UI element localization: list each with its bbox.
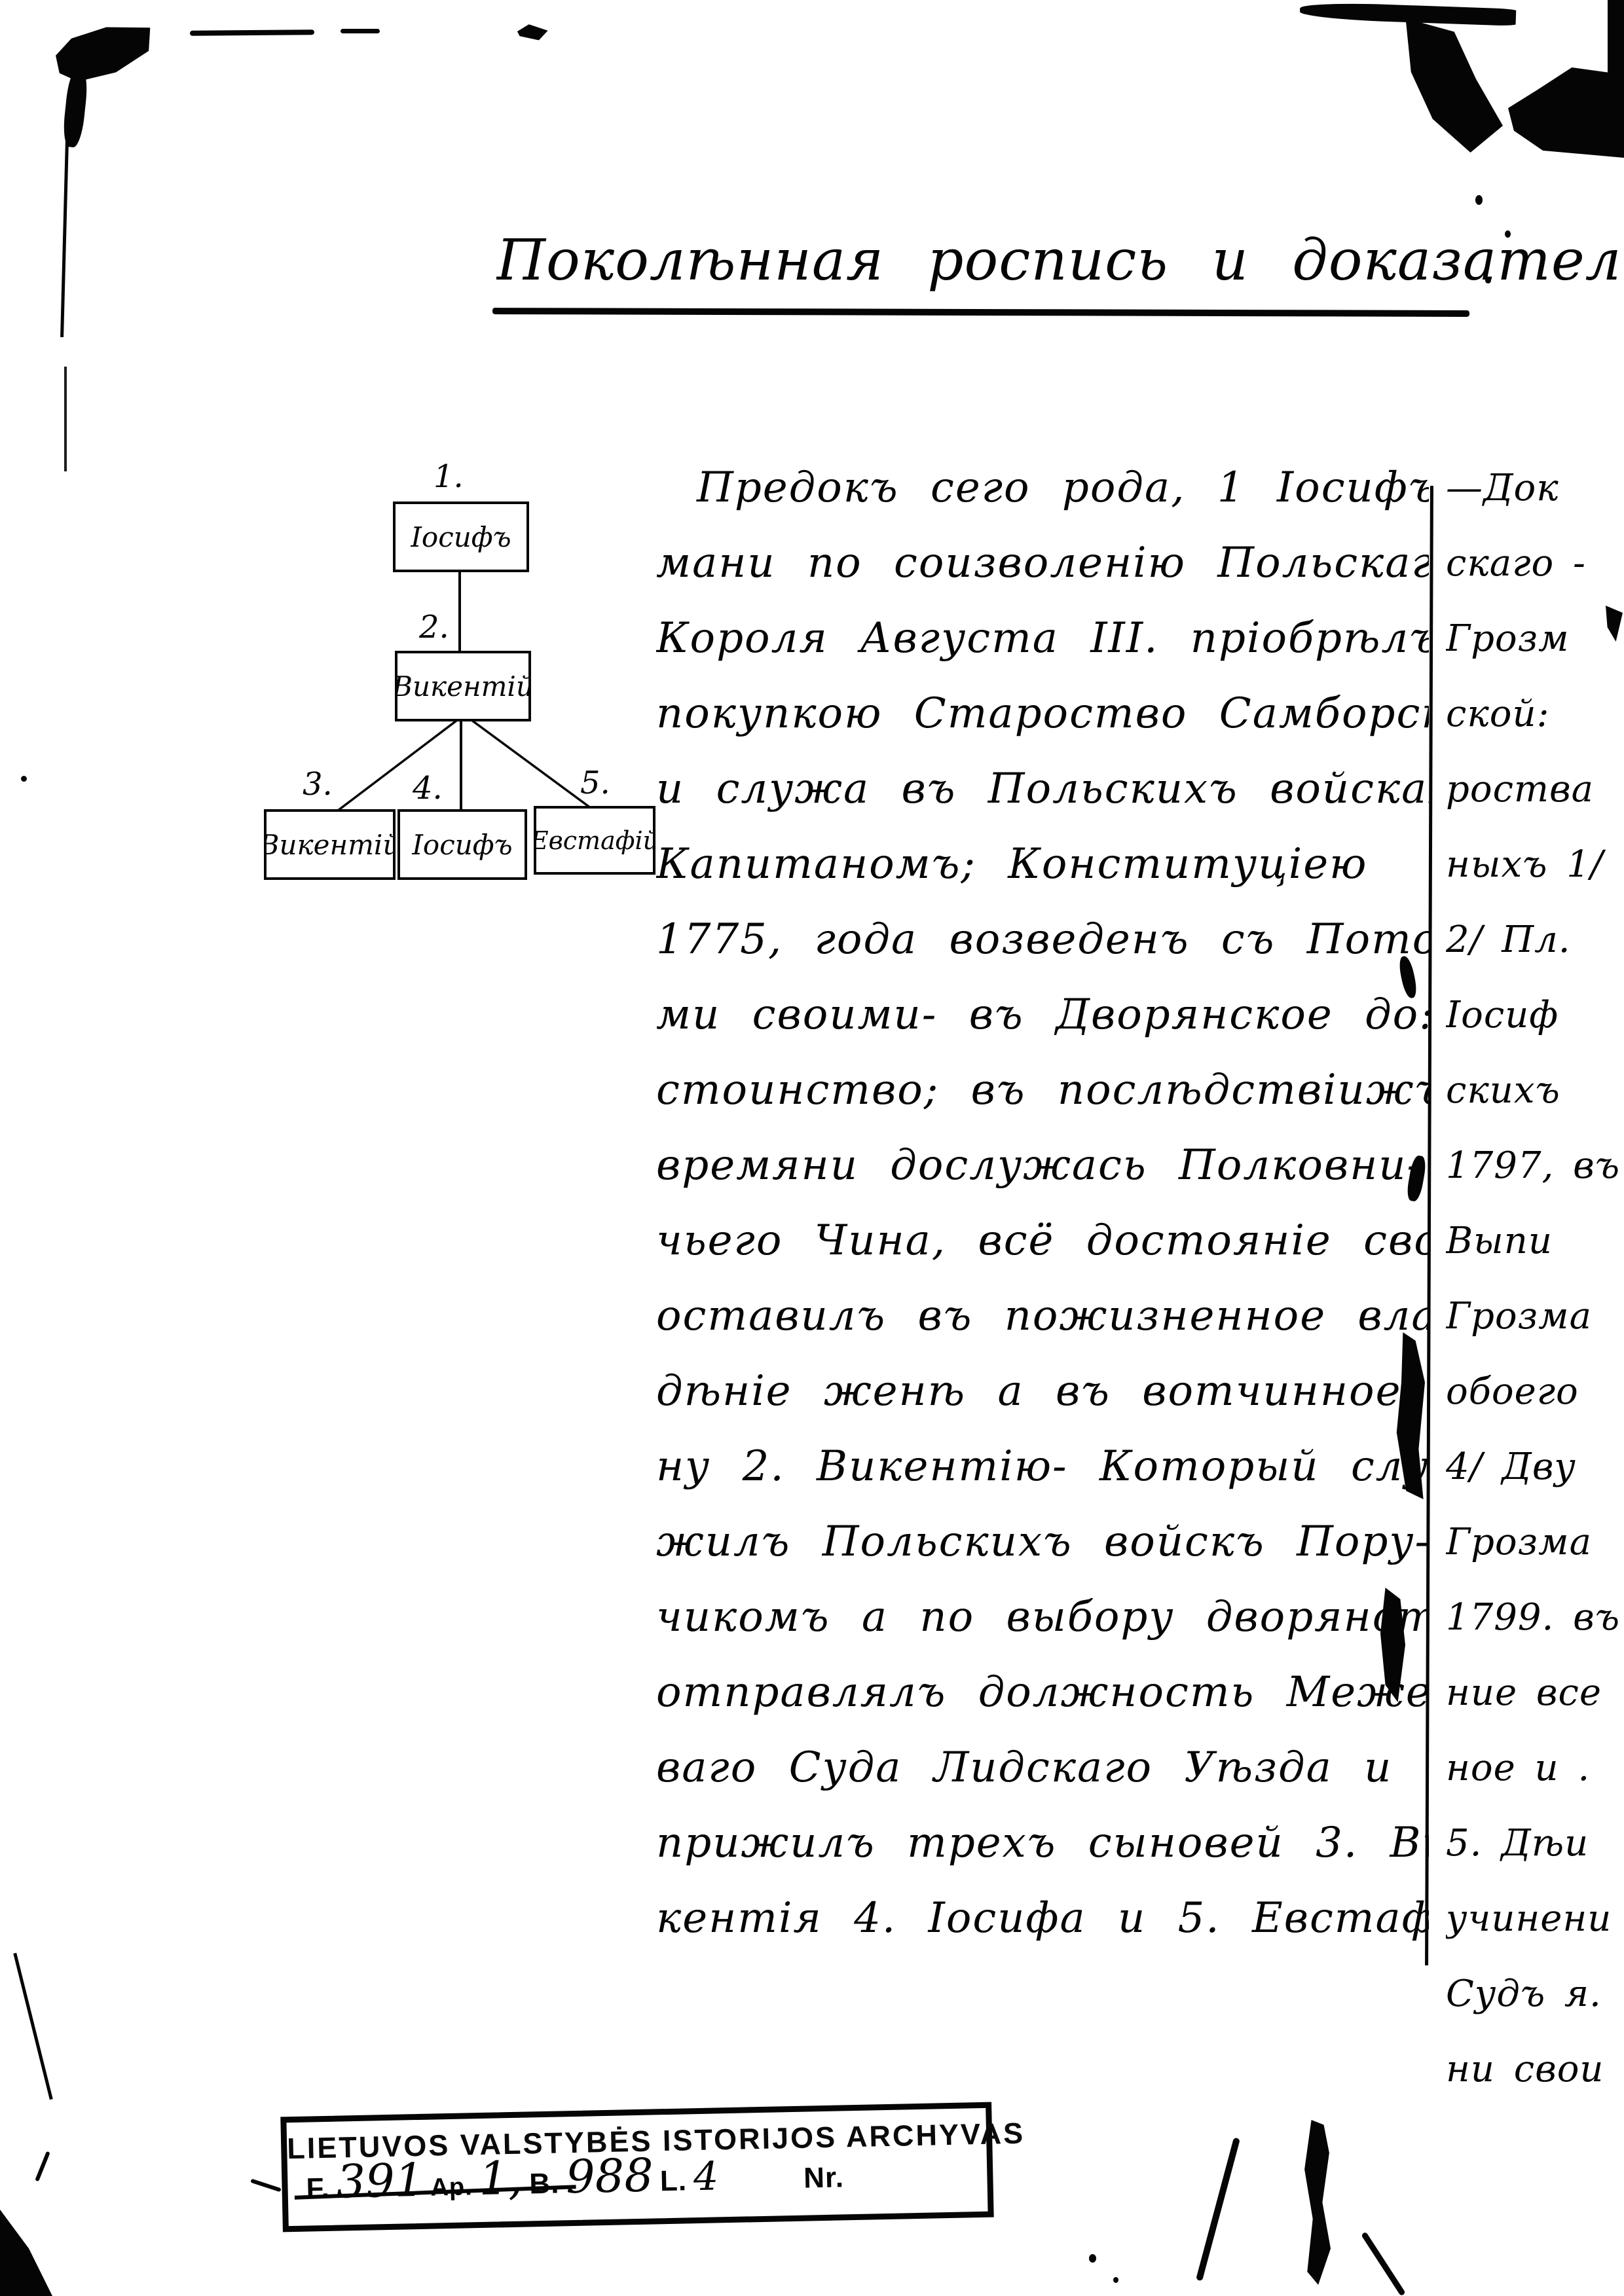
tree-node-name-4: Іосифъ [412, 829, 512, 861]
tree-node-name-1: Іосифъ [411, 521, 511, 553]
scratch-left-edge-2 [64, 367, 67, 471]
margin-note-line: Судъ я. [1446, 1956, 1624, 2032]
margin-note-line: Грозма [1446, 1279, 1624, 1354]
margin-note-line: ской: [1446, 676, 1624, 752]
stamp-byla-value: 988 [566, 2162, 654, 2190]
text-line: 1775, года возведенъ съ Потомка- [656, 902, 1429, 977]
text-line: прижилъ трехъ сыновей 3. Ви- [656, 1806, 1429, 1881]
margin-note-line: 4/ Дву [1446, 1429, 1624, 1504]
margin-note-line: 1797, въ [1446, 1128, 1624, 1203]
tree-node-box-3: Викентій [264, 809, 396, 880]
tree-node-number-5: 5. [580, 765, 610, 801]
speckle-2 [1505, 230, 1511, 238]
text-line: и служа въ Польскихъ войскахъ [656, 752, 1429, 827]
stamp-lapas-label: L. [659, 2164, 687, 2198]
tree-node-box-4: Іосифъ [397, 809, 527, 880]
torn-edge-top-right-strip [1608, 0, 1624, 79]
tree-node-box-2: Викентій [395, 651, 531, 721]
text-line: ну 2. Викентію- Который слу- [656, 1429, 1429, 1504]
margin-note-line: ное и . [1446, 1730, 1624, 1806]
tree-node-number-1: 1. [434, 458, 464, 495]
stamp-apyrasas-label: Ap. [430, 2173, 473, 2202]
text-line: Капитаномъ; Конституціею [656, 827, 1429, 902]
text-line: жилъ Польскихъ войскъ Пору- [656, 1504, 1429, 1580]
margin-note-line: 2/ Пл. [1446, 902, 1624, 977]
margin-note-line: учинени [1446, 1881, 1624, 1956]
text-line: дѣніе женѣ а въ вотчинное сы- [656, 1354, 1429, 1429]
text-line: мани по соизволенію Польскаго [656, 526, 1429, 601]
text-line: чикомъ а по выбору дворянства [656, 1580, 1429, 1655]
text-line: ми своими- въ Дворянское до: [656, 977, 1429, 1053]
stamp-fond-label: F. [306, 2172, 330, 2206]
tree-node-name-3: Викентій [264, 829, 396, 861]
text-line: времяни дослужась Полковни- [656, 1128, 1429, 1203]
speckle-1 [1475, 195, 1483, 205]
speckle-band-top [190, 29, 314, 36]
margin-note-line: Выпи [1446, 1203, 1624, 1279]
margin-note-line: ныхъ 1/ [1446, 827, 1624, 902]
text-line: покупкою Староство Самборское [656, 676, 1429, 752]
margin-note-line: ние все [1446, 1655, 1624, 1730]
tree-node-number-3: 3. [303, 766, 333, 803]
speckle-3 [1485, 278, 1491, 283]
margin-notes-column: —Док скаго - Грозм ской: роства ныхъ 1/ … [1446, 450, 1624, 2126]
margin-note-line: Грозм [1446, 601, 1624, 676]
margin-note-line: ни свои [1446, 2032, 1624, 2107]
margin-note-line: 5. Дѣи [1446, 1806, 1624, 1881]
tree-node-name-5: Евстафій [534, 826, 655, 855]
margin-note-line: —Док [1446, 450, 1624, 526]
stamp-lapas-value: 4 [693, 2163, 718, 2190]
tree-node-number-2: 2. [419, 609, 449, 646]
text-line: ваго Суда Лидскаго Уѣзда и [656, 1730, 1429, 1806]
text-line: стоинство; въ послѣдствіижъ [656, 1053, 1429, 1128]
text-line: Короля Августа III. пріобрѣлъ [656, 601, 1429, 676]
stamp-number-label: Nr. [803, 2161, 845, 2195]
text-line: Предокъ сего рода, 1 Іосифъ Гроз- [656, 450, 1429, 526]
main-text-column: Предокъ сего рода, 1 Іосифъ Гроз- мани п… [656, 450, 1429, 1969]
text-line: чьего Чина, всё достояніе свое [656, 1203, 1429, 1279]
speckle-left [21, 776, 27, 782]
tree-node-box-5: Евстафій [534, 806, 655, 875]
margin-note-line: обоего [1446, 1354, 1624, 1429]
speckle-bottom-2 [1113, 2277, 1118, 2283]
tree-node-number-4: 4. [413, 770, 443, 807]
speckle-bottom-1 [1089, 2254, 1096, 2263]
speckle-band-top-2 [341, 29, 380, 33]
text-line: отправлялъ должность Меже- [656, 1655, 1429, 1730]
stamp-reference-row: F. 391 Ap. 1, B. 988 L. 4 Nr. [306, 2155, 974, 2205]
scanned-document-page: Поколѣнная роспись и доказательс 1. Іоси… [0, 0, 1624, 2296]
margin-note-line: Грозма [1446, 1504, 1624, 1580]
text-line: кентія 4. Іосифа и 5. Евстафія, [656, 1881, 1429, 1956]
archive-stamp: LIETUVOS VALSTYBĖS ISTORIJOS ARCHYVAS F.… [280, 2102, 993, 2232]
margin-note-line: роства [1446, 752, 1624, 827]
stamp-byla-label: B. [529, 2167, 560, 2200]
margin-note-line: скаго - [1446, 526, 1624, 601]
margin-note-line: Іосиф [1446, 977, 1624, 1053]
tree-node-name-2: Викентій [395, 670, 531, 702]
margin-note-line: 1799. въ [1446, 1580, 1624, 1655]
tree-node-box-1: Іосифъ [393, 501, 529, 572]
margin-note-line: скихъ [1446, 1053, 1624, 1128]
text-line: оставилъ въ пожизненное вла- [656, 1279, 1429, 1354]
